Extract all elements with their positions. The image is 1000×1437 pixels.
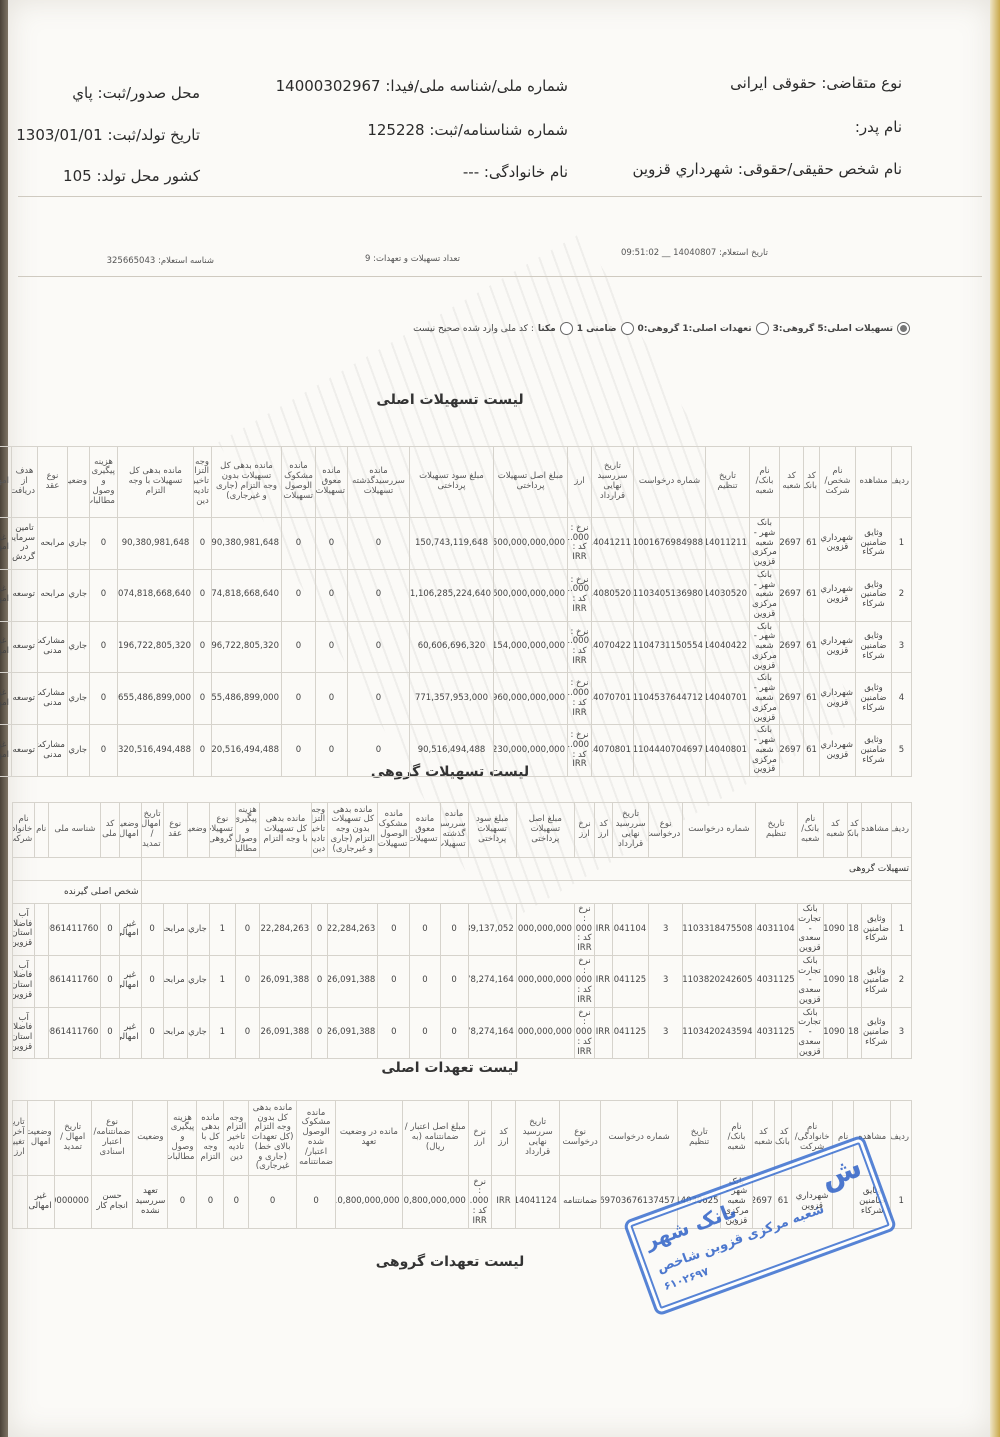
table-cell: جاري (187, 955, 209, 1007)
column-header: نوع درخواست (649, 803, 683, 858)
table-cell: 154,000,000,000 (494, 621, 568, 673)
family-name: نام خانوادگی: --- (463, 163, 568, 181)
column-header: مانده بدهی کل تسهیلات بدون وجه التزام (ج… (328, 803, 378, 858)
table-cell: شهرداري قزوين (820, 621, 856, 673)
table-cell: جاري (68, 569, 90, 621)
table-cell: نرخ : 1.000 کد : IRR (568, 621, 592, 673)
column-header: شماره درخواست (683, 803, 755, 858)
table-cell: توسعه (12, 569, 38, 621)
table-cell: غیر امهالی (27, 1176, 54, 1229)
table-cell: 0 (194, 621, 212, 673)
inquiry-id: شناسه استعلام: 325665043 (107, 256, 214, 266)
column-header: تاریخ سررسید نهایی قرارداد (592, 447, 634, 518)
table-cell: 2,578,274,164 (468, 1007, 516, 1059)
table-cell: 0 (90, 725, 118, 777)
radio-makna[interactable] (560, 322, 573, 335)
column-header: مبلغ اصل تسهیلات پرداختی (494, 447, 568, 518)
table-cell: غیر امهالی (0, 569, 12, 621)
column-header: تاریخ سررسید نهایی قرارداد (613, 803, 649, 858)
table-cell: 0 (235, 904, 259, 956)
table-cell: 0 (224, 1176, 249, 1229)
table-cell: 9001104440704697 (634, 725, 706, 777)
applicant-type: نوع متقاضی: حقوقی ایرانی (730, 74, 902, 92)
table-cell: شهرداري قزوين (820, 518, 856, 570)
table-cell: 0 (194, 725, 212, 777)
facility-count: تعداد تسهیلات و تعهدات: 9 (365, 254, 460, 264)
table-cell: 18 (847, 955, 861, 1007)
column-header: مانده در وضعیت تعهد (336, 1101, 402, 1176)
table-cell: 14040801 (706, 725, 750, 777)
column-header: مشاهده (856, 447, 892, 518)
table-cell: نرخ : 1.000 کد : IRR (574, 955, 594, 1007)
column-header: مانده مشکوک الوصول شده اعتبار/ ضمانتنامه (296, 1101, 335, 1176)
table-cell: 2,655,486,899,000 (212, 673, 282, 725)
column-header: کد شعبه (780, 447, 804, 518)
table-cell: 1,106,285,224,640 (410, 569, 494, 621)
column-header: مبلغ سود تسهیلات پرداختی (410, 447, 494, 518)
table-cell: غیر امهالی (0, 673, 12, 725)
table-cell: ضمانتنامه (559, 1176, 600, 1229)
group-obligations-title: لیست تعهدات گروهی (300, 1254, 600, 1270)
table-cell: مشارکت مدنی (38, 673, 68, 725)
main-facilities-table: ردیفمشاهدهنام شخص/ شرکتکد بانککد شعبهنام… (0, 446, 912, 777)
table-cell: جاري (68, 621, 90, 673)
column-header: کد ملی (101, 803, 119, 858)
table-cell: IRR (491, 1176, 516, 1229)
table-cell: 0 (410, 904, 440, 956)
table-cell: 10861411760 (49, 1007, 101, 1059)
view-link[interactable]: وثایق ضامنین شرکاء (861, 1007, 891, 1059)
table-cell: 9001001676984988 (634, 518, 706, 570)
column-header: مانده معوق تسهیلات (316, 447, 348, 518)
table-cell: بانک شهر - شعبه مرکزی قزوین (750, 673, 780, 725)
table-cell: 0 (410, 1007, 440, 1059)
table-cell: 0 (440, 1007, 468, 1059)
table-cell: 14070801 (592, 725, 634, 777)
table-cell: 0 (101, 904, 119, 956)
table-cell: 0 (90, 673, 118, 725)
table-cell: 1,289,137,052 (468, 904, 516, 956)
view-link[interactable]: وثایق ضامنین شرکاء (861, 955, 891, 1007)
column-header: وضعیت (187, 803, 209, 858)
column-header: تاریخ تنظیم (755, 803, 797, 858)
table-cell: 2 (891, 955, 911, 1007)
table-cell: 9001103405136980 (634, 569, 706, 621)
view-link[interactable]: وثایق ضامنین شرکاء (856, 673, 892, 725)
table-cell: تامین سرمایه در گردش (12, 518, 38, 570)
table-cell: 14031104 (755, 904, 797, 956)
table-cell: غیر امهالی (119, 955, 141, 1007)
column-header: هزینه پیگیری و وصول مطالبات (168, 1101, 197, 1176)
column-header: نام (35, 803, 49, 858)
column-header: تاریخ امهال / تمدید (141, 803, 163, 858)
table-cell: 0 (90, 569, 118, 621)
table-cell: 0 (168, 1176, 197, 1229)
column-header: ردیف (891, 1101, 912, 1176)
column-header: کد ارز (595, 803, 613, 858)
birth-date: تاریخ تولد/ثبت: 1303/01/01 (16, 126, 200, 144)
column-header: نام بانک/ شعبه (750, 447, 780, 518)
table-row: 1وثایق ضامنین شرکاء1821090بانک تجارت - س… (13, 904, 912, 956)
main-obligations-title: لیست تعهدات اصلی (300, 1060, 600, 1076)
table-cell: مرابحه (163, 1007, 187, 1059)
table-cell: 14041124 (516, 1176, 560, 1229)
column-header: مانده بدهی کل با وجه التزام (197, 1101, 224, 1176)
table-cell: 0 (348, 725, 410, 777)
table-cell: 3 (891, 1007, 911, 1059)
radio-label: مکنا (538, 324, 556, 334)
table-cell: مرابحه (163, 955, 187, 1007)
column-header: مانده بدهی کل بدون وجه التزام (کل تعهدات… (249, 1101, 297, 1176)
column-header: مانده بدهی کل تسهیلات با وجه التزام (118, 447, 194, 518)
table-cell: بانک شهر - شعبه مرکزی قزوین (750, 621, 780, 673)
table-row: 2وثایق ضامنین شرکاءشهرداري قزوين6102697ب… (0, 569, 912, 621)
column-header: وجه التزام تاخیر تادیه دین (194, 447, 212, 518)
table-cell: 3 (649, 1007, 683, 1059)
table-cell: 14030520 (706, 569, 750, 621)
column-header: تاریخ تنظیم (706, 447, 750, 518)
table-cell: 9001103318475508 (683, 904, 755, 956)
column-header: وضعیت (133, 1101, 168, 1176)
table-cell: 02697 (780, 569, 804, 621)
table-cell (35, 904, 49, 956)
column-header: مشاهده (861, 803, 891, 858)
main-facilities-title: لیست تسهیلات اصلی (300, 392, 600, 408)
column-header: وجه التزام تاخیر تادیه دین (312, 803, 328, 858)
table-cell: مرابحه (163, 904, 187, 956)
column-header: کد بانک (847, 803, 861, 858)
column-header: مانده سررسیدگذشته تسهیلات (348, 447, 410, 518)
table-cell: آب فاضلاب استان قزوین (13, 904, 35, 956)
column-header: وجه التزام تاخیر تادیه دین (224, 1101, 249, 1176)
table-cell: 00000000 (54, 1176, 91, 1229)
table-cell: 0 (316, 621, 348, 673)
table-cell: 7,526,091,388 (328, 955, 378, 1007)
table-cell: 0 (90, 621, 118, 673)
table-cell: 0 (249, 1176, 297, 1229)
table-row: 2وثایق ضامنین شرکاء1821090بانک تجارت - س… (13, 955, 912, 1007)
table-cell: توسعه (12, 725, 38, 777)
table-cell: مرابحه (38, 518, 68, 570)
filter-note: : کد ملی وارد شده صحیح نیست (413, 324, 534, 334)
radio-label: ضامنی 1 (577, 324, 617, 334)
table-cell: 196,722,805,320 (118, 621, 194, 673)
table-cell: 0 (90, 518, 118, 570)
table-cell: 21090 (823, 904, 847, 956)
table-cell: توسعه (12, 621, 38, 673)
table-cell: 230,000,000,000 (494, 725, 568, 777)
column-header: نام بانک/ شعبه (797, 803, 823, 858)
table-cell: 02697 (780, 518, 804, 570)
radio-main-facilities[interactable] (897, 322, 910, 335)
table-cell: 61 (804, 518, 820, 570)
table-cell: 0 (282, 569, 316, 621)
table-cell (35, 1007, 49, 1059)
stamp-logo-icon: ش (816, 1149, 867, 1196)
table-cell: حسن انجام کار (91, 1176, 132, 1229)
table-cell: جاري (68, 673, 90, 725)
column-header: نوع ضمانتنامه/ اعتبار اسنادی (91, 1101, 132, 1176)
table-cell: 7,526,091,388 (259, 955, 311, 1007)
column-header: نام شخص/ شرکت (820, 447, 856, 518)
table-cell: غیر امهالی (0, 621, 12, 673)
table-cell: جاري (187, 904, 209, 956)
table-cell: 10861411760 (49, 904, 101, 956)
column-header: مانده مشکوک الوصول تسهیلات (378, 803, 410, 858)
table-cell: شهرداري قزوين (820, 673, 856, 725)
view-link[interactable]: وثایق ضامنین شرکاء (856, 518, 892, 570)
column-header: وضعیت امهال (27, 1101, 54, 1176)
table-cell: 2,578,274,164 (468, 955, 516, 1007)
table-cell: 14041211 (592, 518, 634, 570)
table-cell: 150,743,119,648 (410, 518, 494, 570)
table-cell: مشارکت مدنی (38, 725, 68, 777)
table-cell: 21090 (823, 1007, 847, 1059)
table-cell: 2,074,818,668,640 (212, 569, 282, 621)
table-cell: 0 (316, 725, 348, 777)
table-cell: 0 (312, 904, 328, 956)
table-cell: 0 (348, 621, 410, 673)
column-header: هزینه پیگیری و وصول مطالبات (235, 803, 259, 858)
column-header: تاریخ آخرین تغییر ارز (13, 1101, 28, 1176)
view-link[interactable]: وثایق ضامنین شرکاء (856, 569, 892, 621)
table-cell: 1 (892, 518, 912, 570)
table-cell: 14040701 (706, 673, 750, 725)
table-cell: 2,822,284,263 (259, 904, 311, 956)
table-cell: بانک تجارت - سعدی قزوین (797, 904, 823, 956)
column-header: نوع تسهیلات گروهی (209, 803, 235, 858)
table-cell: 60,606,696,320 (410, 621, 494, 673)
issue-place: محل صدور/ثبت: پاي (72, 84, 200, 102)
table-cell: 7,526,091,388 (328, 1007, 378, 1059)
table-cell: 2,655,486,899,000 (118, 673, 194, 725)
table-cell: 1,960,000,000,000 (494, 673, 568, 725)
radio-guarantor[interactable] (621, 322, 634, 335)
column-header: نرخ ارز (574, 803, 594, 858)
table-cell: نرخ : 1.000 کد : IRR (568, 518, 592, 570)
table-cell: 14041125 (613, 1007, 649, 1059)
column-header: وضعیت (68, 447, 90, 518)
table-cell: 61 (804, 725, 820, 777)
table-row: 3وثایق ضامنین شرکاء1821090بانک تجارت - س… (13, 1007, 912, 1059)
table-cell: 0 (194, 673, 212, 725)
table-cell: آب فاضلاب استان قزوین (13, 1007, 35, 1059)
table-cell: نرخ : 1.000 کد : IRR (574, 904, 594, 956)
table-cell: نرخ : 1.000 کد : IRR (568, 569, 592, 621)
table-cell: 20,000,000,000 (516, 955, 574, 1007)
table-cell: 0 (296, 1176, 335, 1229)
table-cell: 9001103820242605 (683, 955, 755, 1007)
table-cell: 02697 (780, 673, 804, 725)
table-cell: نرخ : 1.000 کد : IRR (468, 1176, 491, 1229)
table-cell: 90,516,494,488 (410, 725, 494, 777)
table-cell: 9001104731150554 (634, 621, 706, 673)
table-cell: 0 (316, 518, 348, 570)
scan-edge-right (990, 0, 1000, 1437)
column-header: مانده بدهی کل تسهیلات بدون وجه التزام (ج… (212, 447, 282, 518)
column-header: مانده معوق تسهیلات (410, 803, 440, 858)
table-cell: 0 (316, 569, 348, 621)
table-cell: 1,600,000,000,000 (494, 569, 568, 621)
table-cell: 0 (197, 1176, 224, 1229)
table-cell: 90,380,981,648 (118, 518, 194, 570)
inquiry-date: تاریخ استعلام: 14040807 __ 09:51:02 (621, 248, 768, 258)
table-cell: 0 (348, 673, 410, 725)
column-header: هزینه پیگیری و وصول مطالبات (90, 447, 118, 518)
table-cell: 0 (101, 955, 119, 1007)
table-cell: 14070422 (592, 621, 634, 673)
table-cell: جاري (187, 1007, 209, 1059)
table-cell: 0 (282, 673, 316, 725)
table-cell: 0 (282, 725, 316, 777)
view-link[interactable]: وثایق ضامنین شرکاء (856, 725, 892, 777)
column-header: مبلغ سود تسهیلات پرداختی (468, 803, 516, 858)
table-cell: جاري (68, 725, 90, 777)
column-header: کد ارز (491, 1101, 516, 1176)
column-header: شناسه ملی (49, 803, 101, 858)
column-header: نرخ ارز (468, 1101, 491, 1176)
column-header: نام بانک/ شعبه (721, 1101, 752, 1176)
column-header: نوع درخواست (559, 1101, 600, 1176)
table-cell: 14031125 (755, 1007, 797, 1059)
table-row: 5وثایق ضامنین شرکاءشهرداري قزوين6102697ب… (0, 725, 912, 777)
person-name: نام شخص حقیقی/حقوقی: شهرداري قزوین (633, 160, 902, 178)
table-cell: 14011211 (706, 518, 750, 570)
table-cell: 2,074,818,668,640 (118, 569, 194, 621)
table-cell: بانک شهر - شعبه مرکزی قزوین (750, 518, 780, 570)
table-cell: مرابحه (38, 569, 68, 621)
column-header: نام خانوادگی/ شرکت (13, 803, 35, 858)
divider (18, 276, 982, 277)
table-cell: 18 (847, 1007, 861, 1059)
table-cell: 320,516,494,488 (118, 725, 194, 777)
table-row: 3وثایق ضامنین شرکاءشهرداري قزوين6102697ب… (0, 621, 912, 673)
main-person-label: شخص اصلی گیرنده (13, 881, 142, 904)
column-header: کد بانک (804, 447, 820, 518)
table-cell: توسعه (12, 673, 38, 725)
column-header: امهال (0, 447, 12, 518)
table-cell: شهرداري قزوين (820, 569, 856, 621)
registration-no: شماره شناسنامه/ثبت: 125228 (367, 121, 568, 139)
column-header: هدف از دریافت (12, 447, 38, 518)
table-cell: 10,000,000,000 (516, 904, 574, 956)
table-cell: 61 (804, 673, 820, 725)
table-cell: 0 (348, 518, 410, 570)
table-cell: نرخ : 1.000 کد : IRR (568, 725, 592, 777)
table-cell: 0 (312, 955, 328, 1007)
table-cell: 90,380,981,648 (212, 518, 282, 570)
table-cell: 14041104 (613, 904, 649, 956)
column-header: نوع عقد (163, 803, 187, 858)
group-facilities-table: ردیفمشاهدهکد بانککد شعبهنام بانک/ شعبهتا… (12, 802, 912, 1059)
table-cell: 14070701 (592, 673, 634, 725)
table-cell: 14031125 (755, 955, 797, 1007)
table-cell: IRR (595, 904, 613, 956)
table-cell (35, 955, 49, 1007)
table-cell: 0 (440, 955, 468, 1007)
table-row: 4وثایق ضامنین شرکاءشهرداري قزوين6102697ب… (0, 673, 912, 725)
radio-label: تسهیلات اصلی:5 گروهی:3 (773, 324, 893, 334)
table-cell: 0 (348, 569, 410, 621)
column-header: ارز (568, 447, 592, 518)
table-row: 1وثایق ضامنین شرکاءشهرداري قزوين6102697ب… (0, 518, 912, 570)
column-header: مبلغ اصل تسهیلات پرداختی (516, 803, 574, 858)
column-header: مانده مشکوک الوصول تسهیلات (282, 447, 316, 518)
table-cell: 196,722,805,320 (212, 621, 282, 673)
column-header: تاریخ تنظیم (677, 1101, 721, 1176)
column-header: کد شعبه (823, 803, 847, 858)
table-cell: 61 (804, 621, 820, 673)
table-cell: 0 (312, 1007, 328, 1059)
table-cell: 10861411760 (49, 955, 101, 1007)
table-cell: آب فاضلاب استان قزوین (13, 955, 35, 1007)
table-cell: بانک شهر - شعبه مرکزی قزوین (750, 725, 780, 777)
table-cell: 320,516,494,488 (212, 725, 282, 777)
view-link[interactable]: وثایق ضامنین شرکاء (856, 621, 892, 673)
table-cell: مشارکت مدنی (38, 621, 68, 673)
column-header: کد شعبه (752, 1101, 775, 1176)
table-cell: IRR (595, 955, 613, 1007)
column-header: شماره درخواست (634, 447, 706, 518)
table-cell: 2,822,284,263 (328, 904, 378, 956)
column-header: ردیف (892, 447, 912, 518)
table-cell: بانک تجارت - سعدی قزوین (797, 955, 823, 1007)
table-cell: 1 (209, 904, 235, 956)
table-cell: غیر امهالی (119, 1007, 141, 1059)
table-cell: نرخ : 1.000 کد : IRR (574, 1007, 594, 1059)
table-cell: 5 (892, 725, 912, 777)
table-cell: 0 (141, 1007, 163, 1059)
table-cell: 18 (847, 904, 861, 956)
table-cell: 0 (141, 955, 163, 1007)
table-cell: 1 (891, 904, 911, 956)
column-header: تاریخ امهال /تمدید (54, 1101, 91, 1176)
table-cell: 1 (209, 955, 235, 1007)
table-cell: 1 (209, 1007, 235, 1059)
radio-main-obligations[interactable] (756, 322, 769, 335)
table-cell: بانک شهر - شعبه مرکزی قزوین (750, 569, 780, 621)
table-cell: 9001104537644712 (634, 673, 706, 725)
table-cell: 0 (235, 955, 259, 1007)
table-cell: 500,000,000,000 (494, 518, 568, 570)
table-cell: 02697 (780, 621, 804, 673)
table-cell: 771,357,953,000 (410, 673, 494, 725)
column-header: مانده سررسید گذشته تسهیلات (440, 803, 468, 858)
table-cell: نرخ : 1.000 کد : IRR (568, 673, 592, 725)
table-cell: 7,526,091,388 (259, 1007, 311, 1059)
table-cell: 14040422 (706, 621, 750, 673)
group-label: تسهیلات گروهی (141, 858, 911, 881)
table-cell: 0 (194, 518, 212, 570)
table-cell: غیر امهالی (0, 725, 12, 777)
table-cell: 14041125 (613, 955, 649, 1007)
divider (18, 196, 982, 197)
table-cell: 0 (440, 904, 468, 956)
view-link[interactable]: وثایق ضامنین شرکاء (861, 904, 891, 956)
table-cell: 2 (892, 569, 912, 621)
table-cell: 02697 (780, 725, 804, 777)
column-header: مانده بدهی کل تسهیلات با وجه التزام (259, 803, 311, 858)
table-cell: شهرداري قزوين (820, 725, 856, 777)
column-header: تاریخ سررسید نهایی قرارداد (516, 1101, 560, 1176)
table-cell: 10,800,000,000 (336, 1176, 402, 1229)
column-header: وضعیت امهال (119, 803, 141, 858)
table-cell: 0 (410, 955, 440, 1007)
table-cell: 3 (649, 904, 683, 956)
table-cell: تعهد سررسید نشده (133, 1176, 168, 1229)
table-cell: 0 (101, 1007, 119, 1059)
birth-country: کشور محل تولد: 105 (63, 167, 200, 185)
